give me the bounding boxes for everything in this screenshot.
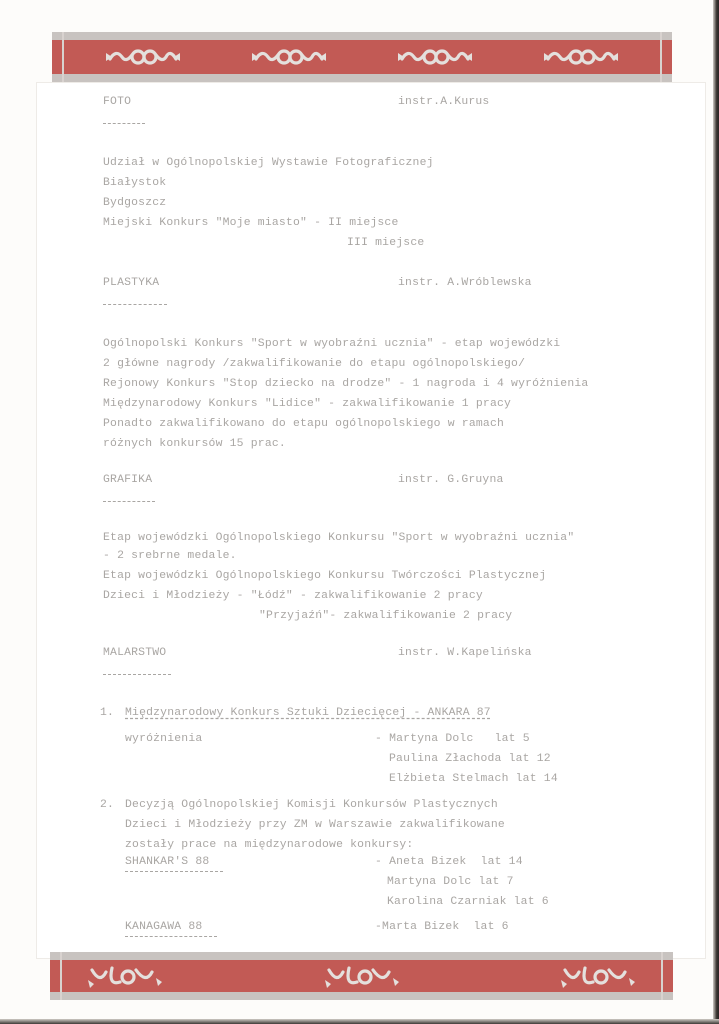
- contest-name: KANAGAWA 88: [125, 920, 202, 934]
- awardee: Karolina Czarniak lat 6: [387, 895, 549, 909]
- instructor-foto: instr.A.Kurus: [398, 95, 489, 109]
- floral-ornament-icon: [396, 43, 474, 71]
- floral-ornament-icon: [104, 43, 182, 71]
- awardee: - Martyna Dolc lat 5: [375, 732, 530, 746]
- instructor-grafika: instr. G.Gruyna: [398, 473, 504, 487]
- plastyka-line: Ogólnopolski Konkurs "Sport w wyobraźni …: [103, 337, 560, 351]
- awardee: Martyna Dolc lat 7: [387, 875, 514, 889]
- awardee: Elżbieta Stelmach lat 14: [389, 772, 558, 786]
- plastyka-line: Międzynarodowy Konkurs "Lidice" - zakwal…: [103, 397, 511, 411]
- heading-underline: [103, 501, 155, 502]
- contest-name: SHANKAR'S 88: [125, 855, 209, 869]
- section-heading-foto: FOTO: [103, 95, 131, 109]
- contest-underline: [125, 871, 223, 872]
- grafika-line: "Przyjaźń"- zakwalifikowanie 2 pracy: [259, 609, 512, 623]
- heading-underline: [103, 674, 171, 675]
- foto-line: Białystok: [103, 176, 166, 190]
- floral-ornament-icon: [542, 43, 620, 71]
- floral-ornament-icon: [323, 962, 401, 990]
- item-number: 2.: [100, 798, 114, 812]
- floral-ornament-icon: [250, 43, 328, 71]
- foto-line: III miejsce: [347, 236, 424, 250]
- item2-line: Dzieci i Młodzieży przy ZM w Warszawie z…: [125, 818, 505, 832]
- plastyka-line: 2 główne nagrody /zakwalifikowanie do et…: [103, 357, 525, 371]
- plastyka-line: Ponadto zakwalifikowano do etapu ogólnop…: [103, 417, 504, 431]
- award-label: wyróżnienia: [125, 732, 202, 746]
- item2-line: zostały prace na międzynarodowe konkursy…: [125, 838, 413, 852]
- foto-line: Udział w Ogólnopolskiej Wystawie Fotogra…: [103, 156, 434, 170]
- banner-band: [50, 960, 673, 992]
- floral-ornament-icon: [559, 962, 637, 990]
- plastyka-line: różnych konkursów 15 prac.: [103, 437, 286, 451]
- grafika-line: - 2 srebrne medale.: [103, 549, 237, 563]
- heading-underline: [103, 304, 167, 305]
- decorative-banner-bottom: [50, 952, 673, 1000]
- floral-ornament-icon: [86, 962, 164, 990]
- awardee: Paulina Złachoda lat 12: [389, 752, 551, 766]
- decorative-banner-top: [52, 32, 672, 82]
- foto-line: Bydgoszcz: [103, 196, 166, 210]
- contest-underline: [125, 936, 217, 937]
- instructor-malarstwo: instr. W.Kapelińska: [398, 646, 532, 660]
- section-heading-malarstwo: MALARSTWO: [103, 646, 166, 660]
- item2-line: Decyzją Ogólnopolskiej Komisji Konkursów…: [125, 798, 498, 812]
- grafika-line: Etap wojewódzki Ogólnopolskiego Konkursu…: [103, 569, 546, 583]
- item-number: 1.: [100, 706, 114, 720]
- banner-band: [52, 40, 672, 74]
- heading-underline: [103, 123, 145, 124]
- scan-edge-bottom: [0, 1019, 719, 1024]
- instructor-plastyka: instr. A.Wróblewska: [398, 276, 532, 290]
- awardee: - Aneta Bizek lat 14: [375, 855, 523, 869]
- awardee: -Marta Bizek lat 6: [375, 920, 509, 934]
- scan-edge-right: [713, 0, 719, 1024]
- contest-title: Międzynarodowy Konkurs Sztuki Dziecięcej…: [125, 706, 491, 720]
- plastyka-line: Rejonowy Konkurs "Stop dziecko na drodze…: [103, 377, 588, 391]
- foto-line: Miejski Konkurs "Moje miasto" - II miejs…: [103, 216, 399, 230]
- grafika-line: Etap wojewódzki Ogólnopolskiego Konkursu…: [103, 531, 574, 545]
- grafika-line: Dzieci i Młodzieży - "Łódź" - zakwalifik…: [103, 589, 483, 603]
- section-heading-grafika: GRAFIKA: [103, 473, 152, 487]
- section-heading-plastyka: PLASTYKA: [103, 276, 159, 290]
